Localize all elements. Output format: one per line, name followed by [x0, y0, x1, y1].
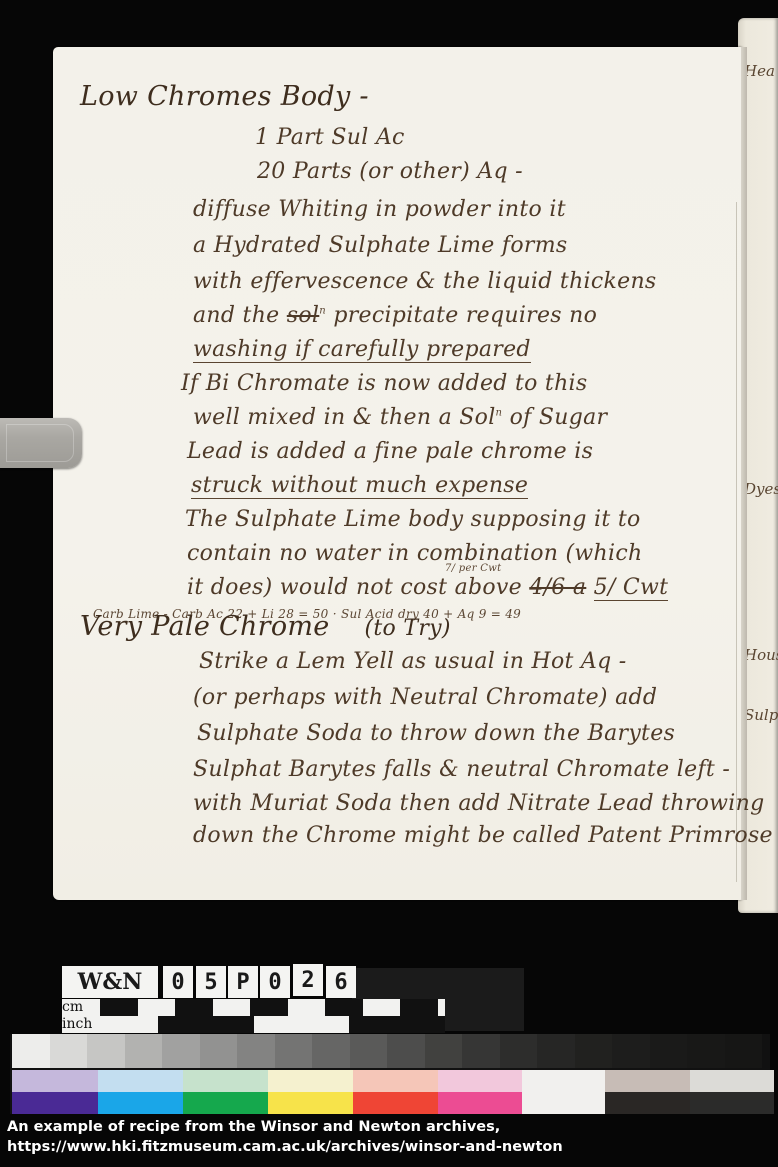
heading-note: (to Try)	[364, 616, 450, 641]
pastel-swatch	[268, 1070, 353, 1092]
recipe-line: with Muriat Soda then add Nitrate Lead t…	[193, 791, 764, 816]
gray-swatch	[500, 1034, 538, 1068]
gray-swatch	[125, 1034, 163, 1068]
saturated-swatch	[183, 1092, 268, 1114]
inch-label: inch	[62, 1016, 92, 1033]
recipe-text: washing if carefully prepared	[193, 337, 531, 363]
saturated-swatch	[522, 1092, 605, 1114]
recipe-line: 20 Parts (or other) Aq -	[257, 159, 523, 184]
margin-word: Dyes	[744, 480, 778, 498]
gray-swatch	[612, 1034, 650, 1068]
gray-swatch	[312, 1034, 350, 1068]
catalog-char-tile: 0	[163, 966, 193, 998]
grayscale-strip	[12, 1034, 762, 1068]
catalog-char-tile: P	[228, 966, 258, 998]
brand-tile: W&N	[62, 966, 158, 998]
caption-url: https://www.hki.fitzmuseum.cam.ac.uk/arc…	[7, 1137, 563, 1157]
gray-swatch	[350, 1034, 388, 1068]
gutter-line	[736, 202, 737, 882]
saturated-swatch	[12, 1092, 98, 1114]
gray-swatch	[575, 1034, 613, 1068]
superscript: n	[319, 306, 326, 317]
manuscript-page: Low Chromes Body - 1 Part Sul Ac 20 Part…	[53, 47, 743, 900]
gray-swatch	[12, 1034, 50, 1068]
gray-swatch	[200, 1034, 238, 1068]
recipe-line: contain no water in combination (which	[187, 541, 642, 566]
saturated-swatch-row	[12, 1092, 774, 1114]
pastel-swatch	[12, 1070, 98, 1092]
recipe-text: it does) would not cost above	[187, 575, 522, 600]
caption-line-1: An example of recipe from the Winsor and…	[7, 1117, 563, 1137]
price: 5/ Cwt	[594, 575, 669, 601]
recipe-line: down the Chrome might be called Patent P…	[193, 823, 773, 848]
saturated-swatch	[438, 1092, 522, 1114]
saturated-swatch	[353, 1092, 438, 1114]
gray-swatch	[537, 1034, 575, 1068]
cm-label: cm	[62, 999, 83, 1016]
gray-swatch	[725, 1034, 763, 1068]
recipe-text: of Sugar	[510, 405, 608, 430]
recipe-line: If Bi Chromate is now added to this	[181, 371, 587, 396]
recipe-line: The Sulphate Lime body supposing it to	[185, 507, 641, 532]
binder-clip	[0, 418, 82, 468]
pastel-swatch	[183, 1070, 268, 1092]
recipe-line: Strike a Lem Yell as usual in Hot Aq -	[199, 649, 627, 674]
heading-text: Very Pale Chrome	[80, 611, 330, 642]
pastel-swatch	[98, 1070, 183, 1092]
recipe-line: diffuse Whiting in powder into it	[193, 197, 566, 222]
section-heading-very-pale-chrome: Very Pale Chrome (to Try)	[80, 611, 451, 642]
catalog-char-tile: 0	[260, 966, 290, 998]
struck-price: 4/6 a	[529, 575, 586, 600]
gray-swatch	[387, 1034, 425, 1068]
gray-swatch	[650, 1034, 688, 1068]
recipe-line: Lead is added a fine pale chrome is	[187, 439, 593, 464]
page-edge	[741, 47, 747, 900]
recipe-line: Sulphate Soda to throw down the Barytes	[197, 721, 675, 746]
section-heading-low-chromes-body: Low Chromes Body -	[80, 81, 369, 112]
gray-swatch	[237, 1034, 275, 1068]
recipe-text: well mixed in & then a Sol	[193, 405, 496, 430]
recipe-line: washing if carefully prepared	[193, 337, 531, 362]
gray-swatch	[462, 1034, 500, 1068]
saturated-swatch	[690, 1092, 774, 1114]
margin-word: Sulp	[744, 706, 778, 724]
catalog-char-tile: 2	[293, 964, 323, 996]
recipe-text: precipitate requires no	[333, 303, 597, 328]
catalog-char-tile: 6	[326, 966, 356, 998]
recipe-line: with effervescence & the liquid thickens	[193, 269, 657, 294]
recipe-line: a Hydrated Sulphate Lime forms	[193, 233, 567, 258]
recipe-text: and the	[193, 303, 280, 328]
color-calibration-chart	[10, 1034, 770, 1114]
saturated-swatch	[268, 1092, 353, 1114]
superscript: n	[496, 408, 503, 419]
gray-swatch	[687, 1034, 725, 1068]
margin-word: Hous	[744, 646, 778, 664]
cm-ruler	[62, 999, 445, 1016]
recipe-line: and the soln precipitate requires no	[193, 303, 597, 328]
inch-ruler	[62, 1016, 445, 1033]
saturated-swatch	[605, 1092, 690, 1114]
recipe-line: well mixed in & then a Soln of Sugar	[193, 405, 607, 430]
pastel-swatch	[605, 1070, 690, 1092]
interlinear-note: 7/ per Cwt	[445, 563, 501, 574]
gray-swatch	[162, 1034, 200, 1068]
pastel-swatch-row	[12, 1070, 774, 1092]
recipe-text: struck without much expense	[191, 473, 528, 499]
recipe-line: Sulphat Barytes falls & neutral Chromate…	[193, 757, 730, 782]
pastel-swatch	[353, 1070, 438, 1092]
gray-swatch	[425, 1034, 463, 1068]
saturated-swatch	[98, 1092, 183, 1114]
recipe-line: 1 Part Sul Ac	[255, 125, 405, 150]
catalog-char-tile: 5	[196, 966, 226, 998]
gray-swatch	[87, 1034, 125, 1068]
pastel-swatch	[522, 1070, 605, 1092]
recipe-line: struck without much expense	[191, 473, 528, 498]
recipe-line: (or perhaps with Neutral Chromate) add	[193, 685, 657, 710]
gray-swatch	[275, 1034, 313, 1068]
struck-word: sol	[287, 303, 319, 328]
recipe-line: it does) would not cost above 4/6 a 5/ C…	[187, 575, 668, 600]
pastel-swatch	[690, 1070, 774, 1092]
reference-card: W&N 0 5 P 0 2 6 cm inch	[60, 964, 526, 1032]
gray-swatch	[50, 1034, 88, 1068]
margin-word: Hea	[744, 62, 775, 80]
pastel-swatch	[438, 1070, 522, 1092]
image-caption: An example of recipe from the Winsor and…	[7, 1117, 563, 1157]
